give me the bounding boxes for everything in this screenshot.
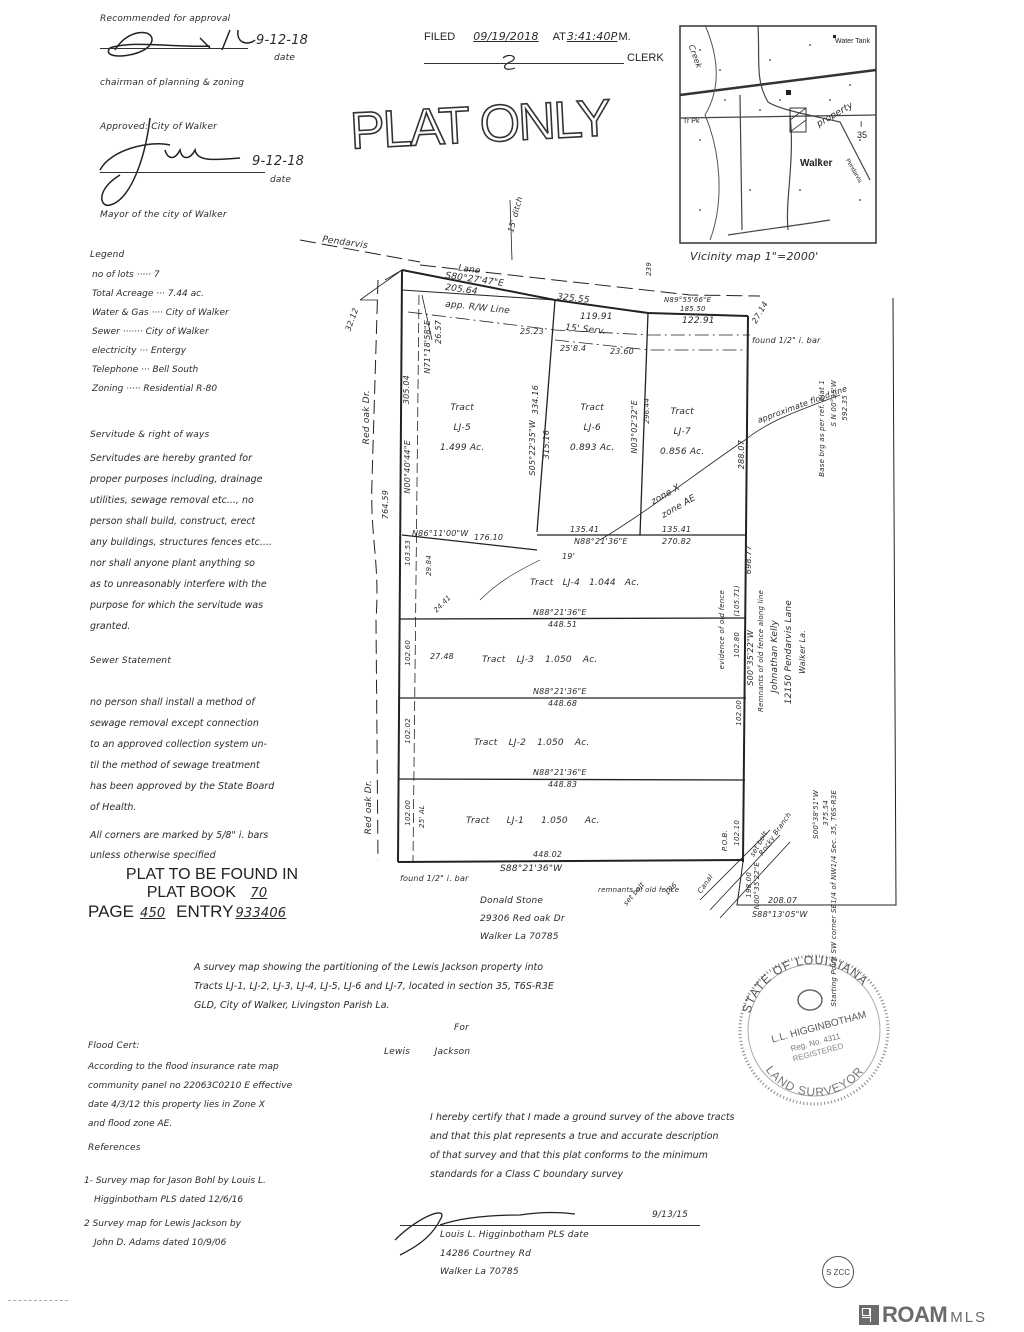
starting-point-label: Starting Point SW corner SE1/4 of NW1/4 … — [830, 790, 870, 1006]
dim-25-al: 25' AL — [418, 805, 426, 828]
dim-24: 24.41 — [432, 594, 453, 615]
map-label-pendarvis: Pendarvis — [844, 158, 863, 184]
dim-lj2-top-bearing: N88°21'36"E — [533, 687, 587, 696]
dim-305: 305.04 — [402, 375, 411, 404]
vicinity-map-caption: Vicinity map 1"=2000' — [690, 250, 818, 263]
dim-325: 325.55 — [557, 292, 591, 305]
plat-page-value: 450 — [134, 906, 171, 921]
dim-764: 764.59 — [381, 490, 390, 519]
dim-208: 208.07 — [768, 896, 797, 905]
svg-text:LAND SURVEYOR: LAND SURVEYOR — [763, 1063, 867, 1099]
neighbor-south-name: Donald Stone — [480, 896, 543, 906]
dim-lj6-bearing: S05°22'35"W — [528, 420, 537, 476]
street-pendarvis: Pendarvis — [322, 235, 369, 251]
dim-448-83: 448.83 — [548, 780, 577, 789]
surveyor-name: Louis L. Higginbotham PLS date — [440, 1230, 589, 1240]
chairman-title: chairman of planning & zoning — [100, 78, 244, 88]
dim-se-bearing: S88°13'05"W — [752, 910, 808, 919]
dim-185: 185.50 — [680, 305, 706, 313]
dim-288: 288.07 — [737, 440, 746, 469]
neighbor-south-city: Walker La 70785 — [480, 932, 559, 942]
scan-edge-mark — [8, 1300, 68, 1301]
dim-448-51: 448.51 — [548, 620, 577, 629]
legend-title: Legend — [90, 250, 124, 260]
surveyor-address-2: Walker La 70785 — [440, 1267, 519, 1277]
fence-evidence: evidence of old fence — [718, 590, 726, 669]
tract-lj1: Tract LJ-1 1.050 Ac. — [466, 816, 599, 826]
dim-176: 176.10 — [474, 533, 503, 542]
roam-logo-icon — [859, 1305, 879, 1325]
sewer-title: Sewer Statement — [90, 656, 171, 666]
dim-25-23: 25.23 — [520, 327, 544, 336]
reference-item-2: 2 Survey map for Lewis Jackson byJohn D.… — [84, 1215, 241, 1253]
dim-w-bearing: N71°18'58"E — [423, 320, 432, 374]
dim-32: 32.12 — [344, 307, 361, 333]
plat-entry-value: 933406 — [233, 906, 288, 921]
recommended-date-label: date — [274, 53, 295, 63]
legend-item: Zoning ····· Residential R-80 — [92, 380, 229, 399]
plat-book-stamp: PLAT TO BE FOUND IN PLAT BOOK 70 — [112, 866, 312, 903]
certification-date: 9/13/15 — [652, 1210, 688, 1220]
surveyor-signature-line — [400, 1225, 700, 1226]
legend-list: no of lots ····· 7 Total Acreage ··· 7.4… — [92, 266, 229, 399]
dim-w-bearing2: N00°40'44"E — [403, 440, 412, 494]
neighbor-east-address: 12150 Pendarvis Lane — [784, 600, 794, 704]
dim-698: 698.77 — [744, 545, 753, 574]
dim-239: 239 — [645, 262, 653, 276]
dim-lj1-top-bearing: N88°21'36"E — [533, 768, 587, 777]
client-name: Lewis Jackson — [384, 1047, 470, 1057]
filing-stamp: FILED09/19/2018AT3:41:40PM. — [424, 30, 631, 43]
dim-lj4-top-bearing: N86°11'00"W — [412, 529, 469, 538]
dim-25-84: 25'8.4 — [560, 344, 586, 353]
roam-mls-logo: ROAM MLS — [859, 1302, 987, 1328]
flood-cert-text: According to the flood insurance rate ma… — [88, 1058, 292, 1134]
map-label-section-i: I — [860, 120, 862, 129]
dim-102-80: 102.80 — [733, 632, 741, 658]
servitude-15: 15' Serv. — [565, 323, 607, 337]
survey-description: A survey map showing the partitioning of… — [194, 958, 554, 1015]
map-label-section: 35 — [857, 130, 867, 140]
dim-102-00: 102.00 — [404, 800, 412, 826]
dim-29: 29.84 — [425, 555, 433, 576]
dim-270: 270.82 — [662, 537, 691, 546]
plat-book-value: 70 — [240, 886, 277, 901]
dim-102-02: 102.02 — [404, 718, 412, 744]
base-bearing-label: Base brg as per ref. plat 1 — [818, 380, 826, 477]
dim-592: 592.35 — [841, 395, 849, 421]
street-red-oak-bottom: Red oak Dr. — [364, 780, 374, 834]
dim-se-east-bearing: S00°38'51"W — [812, 790, 820, 839]
sewer-text: no person shall install a method ofsewag… — [90, 692, 274, 818]
dim-102-60: 102.60 — [404, 640, 412, 666]
street-red-oak-top: Red oak Dr. — [362, 390, 372, 444]
dim-bottom-bearing: S88°21'36"W — [500, 864, 562, 874]
dim-315: 315.16 — [542, 430, 551, 459]
dim-27: 27.14 — [750, 300, 770, 325]
flood-cert-title: Flood Cert: — [88, 1041, 140, 1051]
plat-page-entry: PAGE450 ENTRY933406 — [88, 902, 288, 922]
canal-label: Canal — [696, 873, 715, 895]
dim-27-48: 27.48 — [430, 652, 454, 661]
dim-334: 334.16 — [531, 385, 540, 414]
ditch-label: 15' ditch — [506, 196, 524, 234]
dim-135-b: 135.41 — [662, 525, 691, 534]
certification-text: I hereby certify that I made a ground su… — [430, 1108, 735, 1184]
mayor-title: Mayor of the city of Walker — [100, 210, 227, 220]
map-label-creek: Creek — [687, 44, 704, 70]
dim-103: 103.53 — [404, 540, 412, 566]
servitude-text: Servitudes are hereby granted forproper … — [90, 448, 272, 637]
dim-198: 198.00 — [745, 872, 753, 898]
mls-logo-text: MLS — [950, 1309, 987, 1326]
for-label: For — [454, 1023, 469, 1033]
map-label-water-tank: Water Tank — [835, 38, 865, 46]
approved-date: 9-12-18 — [252, 154, 304, 169]
surveyor-address-1: 14286 Courtney Rd — [440, 1249, 531, 1259]
at-label: AT — [553, 31, 566, 43]
map-label-trailer-park: Tr Pk — [683, 118, 699, 125]
dim-e-bearing: S00°35'22"W — [746, 630, 755, 686]
m-label: M. — [618, 31, 630, 43]
neighbor-south-address: 29306 Red oak Dr — [480, 914, 565, 924]
filed-label: FILED — [424, 31, 455, 43]
tract-lj5: TractLJ-51.499 Ac. — [440, 398, 484, 458]
tract-lj4: Tract LJ-4 1.044 Ac. — [530, 578, 639, 588]
references-title: References — [88, 1143, 141, 1153]
tract-lj7: TractLJ-70.856 Ac. — [660, 402, 704, 462]
dim-19: 19' — [562, 552, 575, 561]
map-label-property: property — [815, 101, 855, 130]
tract-lj2: Tract LJ-2 1.050 Ac. — [474, 738, 589, 748]
found-bar-ne: found 1/2" i. bar — [752, 336, 821, 345]
dim-26-57: 26.57 — [434, 320, 443, 344]
filed-date: 09/19/2018 — [455, 30, 552, 43]
map-label-walker: Walker — [800, 158, 832, 169]
neighbor-east-name: Johnathan Kelly — [770, 620, 780, 693]
corners-note: All corners are marked by 5/8" i. barsun… — [90, 826, 268, 866]
approved-label: Approved: City of Walker — [100, 122, 217, 132]
dim-ne-bearing: N89°55'66"E — [664, 296, 711, 304]
plat-book-line1: PLAT TO BE FOUND IN — [112, 866, 312, 884]
clerk-label: CLERK — [627, 52, 664, 64]
dim-lj7-bearing: N03°02'32"E — [630, 400, 639, 454]
dim-102-east: 102.00 — [735, 700, 743, 726]
dim-196: 196 — [663, 881, 679, 897]
legend-item: Total Acreage ··· 7.44 ac. — [92, 285, 229, 304]
dim-lj3-top-bearing: N88°21'36"E — [533, 608, 587, 617]
small-stamp: S ZCC — [822, 1256, 854, 1288]
found-bar-sw: found 1/2" i. bar — [400, 874, 469, 883]
dim-102-10: 102.10 — [733, 820, 741, 846]
base-bearing-value: S N 00°35'W — [830, 380, 838, 427]
legend-item: electricity ··· Entergy — [92, 342, 229, 361]
reference-item-1: 1- Survey map for Jason Bohl by Louis L.… — [84, 1172, 266, 1210]
dim-105-71: (105.71) — [733, 585, 741, 617]
pob-label: P.O.B. — [721, 830, 729, 851]
filed-time: 3:41:40P — [566, 30, 619, 43]
tract-lj3: Tract LJ-3 1.050 Ac. — [482, 655, 597, 665]
legend-item: Water & Gas ···· City of Walker — [92, 304, 229, 323]
approved-signature-line — [100, 172, 265, 173]
recommended-date: 9-12-18 — [256, 33, 308, 48]
app-rw-line: app. R/W Line — [445, 300, 511, 317]
dim-448-68: 448.68 — [548, 699, 577, 708]
set-bolt-2: set bolt — [622, 881, 646, 908]
clerk-line — [424, 63, 624, 64]
dim-23-60: 23.60 — [610, 347, 634, 356]
servitude-title: Servitude & right of ways — [90, 430, 209, 440]
dim-448-02: 448.02 — [533, 850, 562, 859]
dim-lj4-bearing: N88°21'36"E — [574, 537, 628, 546]
neighbor-east-city: Walker La. — [798, 630, 807, 674]
approved-date-label: date — [270, 175, 291, 185]
dim-375: 375.54 — [822, 800, 830, 826]
recommended-signature-line — [100, 48, 248, 49]
legend-item: no of lots ····· 7 — [92, 266, 229, 285]
plat-only-stamp: PLAT ONLY — [349, 88, 611, 161]
seal-bottom-text: LAND SURVEYOR — [763, 1063, 867, 1099]
dim-s-bearing: N00°35'22"E — [753, 862, 761, 909]
dim-135-a: 135.41 — [570, 525, 599, 534]
dim-122: 122.91 — [682, 316, 715, 326]
legend-item: Sewer ······· City of Walker — [92, 323, 229, 342]
roam-logo-text: ROAM — [882, 1302, 947, 1328]
tract-lj6: TractLJ-60.893 Ac. — [570, 398, 614, 458]
dim-119: 119.91 — [580, 312, 613, 322]
legend-item: Telephone ··· Bell South — [92, 361, 229, 380]
recommended-label: Recommended for approval — [100, 14, 230, 24]
fence-remnants: Remnants of old fence along line — [757, 590, 765, 712]
dim-296: 296.44 — [643, 398, 651, 424]
